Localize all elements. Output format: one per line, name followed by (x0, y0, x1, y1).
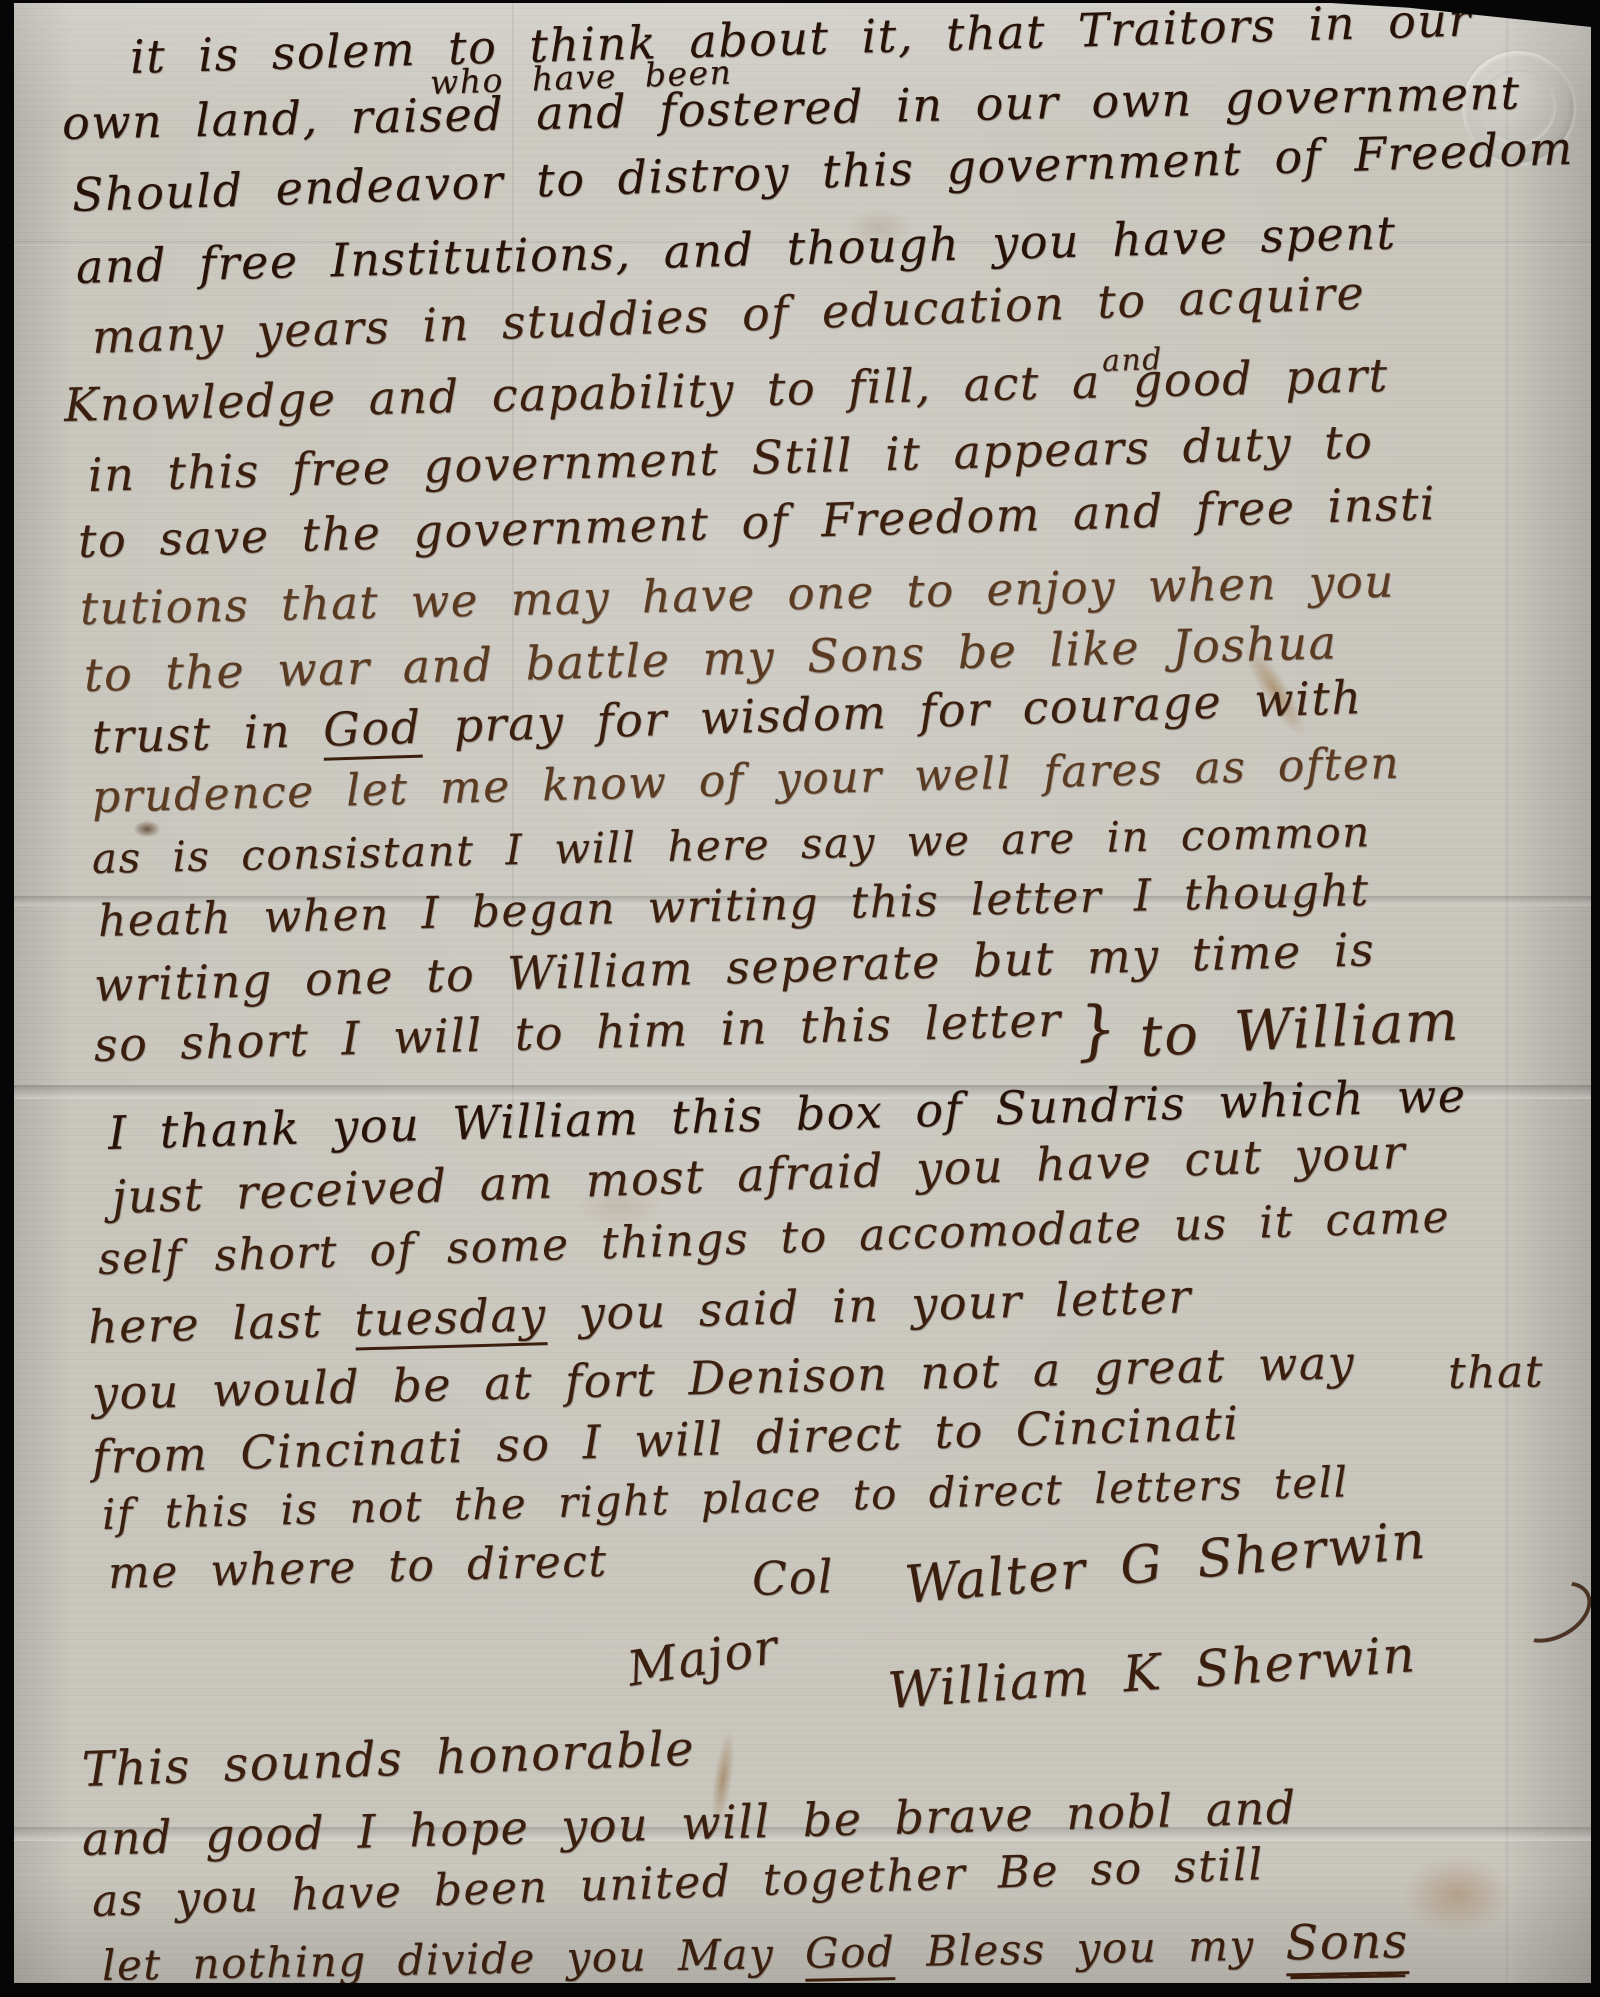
letter-line-20: here last tuesday you said in your lette… (87, 1269, 1192, 1354)
line-20-end: you said in your letter (546, 1269, 1193, 1341)
line-16-brace: } (1073, 992, 1120, 1069)
ink-stain (1402, 1855, 1512, 1935)
scanned-letter-page: { "page": { "background_color": "#060606… (0, 0, 1600, 1997)
underlined-word-tuesday: tuesday (354, 1287, 548, 1350)
interline-insertion-2: and (1101, 342, 1163, 379)
signature-rank-major: Major (624, 1619, 783, 1698)
underlined-word-sons: Sons (1285, 1913, 1409, 1976)
line-20-dropped-word-that: that (1448, 1346, 1545, 1399)
underlined-word-god: God (322, 700, 422, 761)
line-16-callout-to-william: to William (1138, 988, 1461, 1070)
letter-paper: it is solem to think about it, that Trai… (14, 3, 1591, 1983)
underlined-word-god-2: God (805, 1927, 896, 1982)
signature-name-william-k-sherwin: William K Sherwin (886, 1625, 1418, 1720)
letter-line-24: me where to direct (107, 1536, 608, 1599)
vertical-fold-crease (1506, 3, 1511, 1983)
signature-rank-col: Col (751, 1549, 835, 1606)
letter-line-26: This sounds honorable (81, 1721, 696, 1798)
line-20-start: here last (87, 1293, 355, 1354)
signature-name-walter-g-sherwin: Walter G Sherwin (902, 1511, 1428, 1616)
letter-line-29: let nothing divide you May God Bless you… (102, 1913, 1410, 1983)
line-29-start: let nothing divide you May (102, 1929, 806, 1983)
line-29-mid: Bless you my (895, 1920, 1286, 1976)
line-11-start: trust in (91, 703, 324, 764)
pen-flourish (1504, 1569, 1591, 1655)
